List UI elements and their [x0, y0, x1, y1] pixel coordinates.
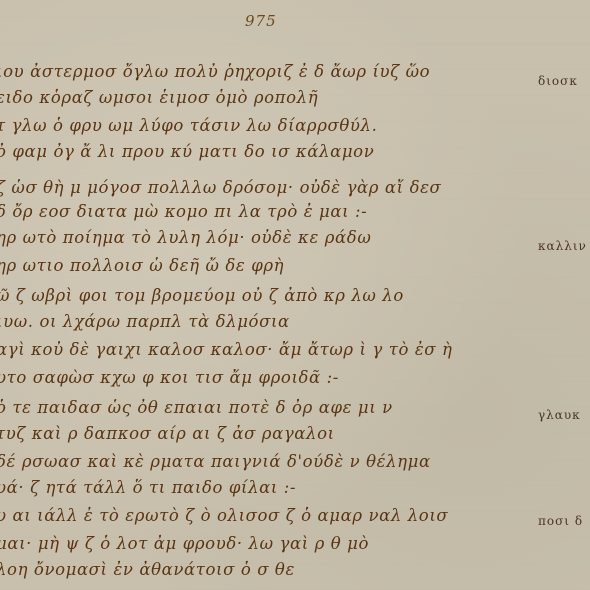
margin-gloss: διοσκ	[538, 74, 578, 88]
margin-gloss: γλαυκ	[538, 408, 581, 422]
text-line: δ ὄρ εοσ διατα μὼ κομο πι λα τρὸ ἐ μαι :…	[0, 202, 367, 222]
text-line: ζ ὡσ θὴ μ μόγοσ πολλλω δρόσομ· οὐδὲ γὰρ …	[0, 178, 441, 198]
text-line: ηρ ωτιο πολλοισ ὡ δεῆ ὤ δε φρὴ	[0, 256, 284, 276]
text-line: υτο σαφὼσ κχω φ κοι τισ ἄμ φροιδᾶ :-	[0, 368, 339, 388]
text-line: ῶ ζ ωβρὶ φοι τομ βρομεύομ οὐ ζ ἀπὸ κρ λω…	[0, 286, 404, 306]
folio-number: 975	[245, 12, 277, 30]
text-line: υά· ζ ητά τάλλ ὅ τι παιδο φίλαι :-	[0, 478, 296, 498]
text-line: μαι· μὴ ψ ζ ὁ λοτ ἀμ φρουδ· λω γαὶ ρ θ μ…	[0, 534, 369, 554]
manuscript-page: 975 ιου ἀστερμοσ ὄγλω πολὐ ῥηχοριζ ἐ δ ἄ…	[0, 0, 590, 590]
text-line: ὁ τε παιδασ ὡς ὀθ επαιαι ποτὲ δ ὀρ αφε μ…	[0, 398, 393, 418]
margin-gloss: ποσι δ	[538, 514, 583, 528]
text-line: ειδο κὁραζ ωμσοι ἑιμοσ ὁμὸ ροπολῆ	[0, 88, 318, 108]
text-line: ὀ φαμ ὀγ ἄ λι πρου κύ ματι δο ισ κάλαμον	[0, 142, 374, 162]
text-line: ιυω. οι λχάρω παρπλ τὰ δλμόσια	[0, 312, 290, 332]
text-line: τυζ καὶ ρ δαπκοσ αίρ αι ζ ἀσ ραγαλοι	[0, 424, 335, 444]
text-line: αγὶ κοὐ δὲ γαιχι καλοσ καλοσ· ἄμ ἄτωρ ὶ …	[0, 340, 453, 360]
text-line: λοη ὄνομασὶ ἐν ἀθανάτοισ ὁ σ θε	[0, 560, 295, 580]
text-line: ιου ἀστερμοσ ὄγλω πολὐ ῥηχοριζ ἐ δ ἄωρ ί…	[0, 62, 430, 82]
margin-gloss: καλλιν	[538, 239, 587, 253]
text-line: υ αι ιάλλ ἐ τὸ ερωτὸ ζ ὸ ολισοσ ζ ὁ αμαρ…	[0, 506, 448, 526]
text-line: δέ ρσωασ καὶ κὲ ρματα παιγνιά δ'ούδὲ ν θ…	[0, 452, 431, 472]
text-line: ηρ ωτὸ ποίημα τὸ λυλη λόμ· οὐδὲ κε ράδω	[0, 228, 371, 248]
text-line: τ γλω ὁ φρυ ωμ λύφο τάσιν λω δίαρρσθύλ.	[0, 116, 377, 136]
